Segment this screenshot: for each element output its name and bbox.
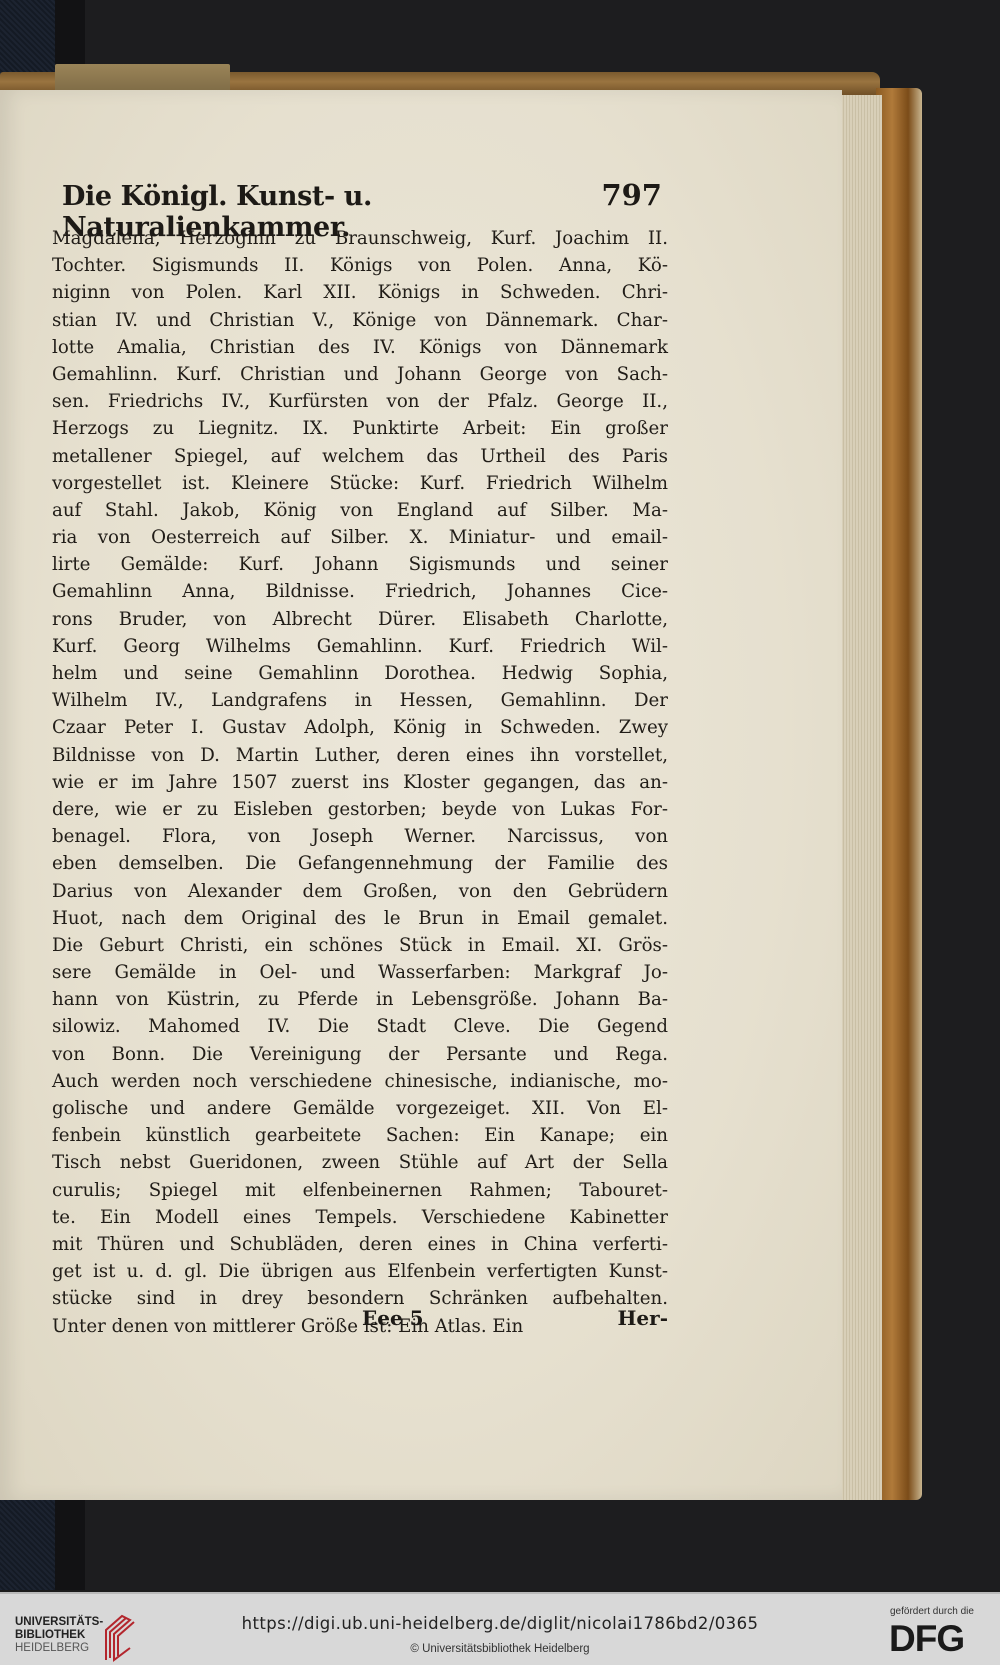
text-line: Darius von Alexander dem Großen, von den…	[52, 878, 668, 905]
text-line: von Bonn. Die Vereinigung der Persante u…	[52, 1041, 668, 1068]
text-line: sen. Friedrichs IV., Kurfürsten von der …	[52, 388, 668, 415]
text-line: eben demselben. Die Gefangennehmung der …	[52, 850, 668, 877]
text-line: ria von Oesterreich auf Silber. X. Minia…	[52, 524, 668, 551]
signature-mark: Eee 5	[362, 1306, 424, 1330]
text-line: Kurf. Georg Wilhelms Gemahlinn. Kurf. Fr…	[52, 633, 668, 660]
book-binding-right-edge	[876, 88, 922, 1500]
text-line: helm und seine Gemahlinn Dorothea. Hedwi…	[52, 660, 668, 687]
text-line: wie er im Jahre 1507 zuerst ins Kloster …	[52, 769, 668, 796]
text-line: Huot, nach dem Original des le Brun in E…	[52, 905, 668, 932]
text-line: stian IV. und Christian V., Könige von D…	[52, 307, 668, 334]
text-line: Auch werden noch verschiedene chinesisch…	[52, 1068, 668, 1095]
text-line: lirte Gemälde: Kurf. Johann Sigismunds u…	[52, 551, 668, 578]
text-line: metallener Spiegel, auf welchem das Urth…	[52, 443, 668, 470]
text-line: Magdalena, Herzoginn zu Braunschweig, Ku…	[52, 225, 668, 252]
text-line: Die Geburt Christi, ein schönes Stück in…	[52, 932, 668, 959]
page-stack-edge	[838, 95, 882, 1500]
text-line: Tisch nebst Gueridonen, zween Stühle auf…	[52, 1149, 668, 1176]
text-line: Wilhelm IV., Landgrafens in Hessen, Gema…	[52, 687, 668, 714]
text-line: mit Thüren und Schubläden, deren eines i…	[52, 1231, 668, 1258]
text-line: benagel. Flora, von Joseph Werner. Narci…	[52, 823, 668, 850]
text-line: rons Bruder, von Albrecht Dürer. Elisabe…	[52, 606, 668, 633]
running-head: Die Königl. Kunst- u. Naturalienkammer. …	[62, 178, 662, 218]
funder-caption: gefördert durch die	[890, 1606, 974, 1617]
page-foot: Eee 5 Her-	[52, 1306, 668, 1336]
text-line: Gemahlinn. Kurf. Christian und Johann Ge…	[52, 361, 668, 388]
text-line: sere Gemälde in Oel- und Wasserfarben: M…	[52, 959, 668, 986]
text-line: vorgestellet ist. Kleinere Stücke: Kurf.…	[52, 470, 668, 497]
text-line: auf Stahl. Jakob, König von England auf …	[52, 497, 668, 524]
text-line: Herzogs zu Liegnitz. IX. Punktirte Arbei…	[52, 415, 668, 442]
book-page: Die Königl. Kunst- u. Naturalienkammer. …	[0, 90, 842, 1500]
viewer-footer: UNIVERSITÄTS- BIBLIOTHEK HEIDELBERG http…	[0, 1592, 1000, 1665]
text-line: curulis; Spiegel mit elfenbeinernen Rahm…	[52, 1177, 668, 1204]
catchword: Her-	[618, 1306, 668, 1330]
page-number: 797	[601, 178, 662, 212]
text-line: te. Ein Modell eines Tempels. Verschiede…	[52, 1204, 668, 1231]
dfg-logo: DFG	[889, 1618, 964, 1660]
text-line: fenbein künstlich gearbeitete Sachen: Ei…	[52, 1122, 668, 1149]
text-line: hann von Küstrin, zu Pferde in Lebensgrö…	[52, 986, 668, 1013]
text-line: Tochter. Sigismunds II. Königs von Polen…	[52, 252, 668, 279]
text-line: get ist u. d. gl. Die übrigen aus Elfenb…	[52, 1258, 668, 1285]
text-line: golische und andere Gemälde vorgezeiget.…	[52, 1095, 668, 1122]
text-line: dere, wie er zu Eisleben gestorben; beyd…	[52, 796, 668, 823]
text-line: Czaar Peter I. Gustav Adolph, König in S…	[52, 714, 668, 741]
text-line: Bildnisse von D. Martin Luther, deren ei…	[52, 742, 668, 769]
permalink-url[interactable]: https://digi.ub.uni-heidelberg.de/diglit…	[0, 1614, 1000, 1633]
text-line: lotte Amalia, Christian des IV. Königs v…	[52, 334, 668, 361]
text-line: niginn von Polen. Karl XII. Königs in Sc…	[52, 279, 668, 306]
copyright-notice: © Universitätsbibliothek Heidelberg	[0, 1643, 1000, 1655]
text-line: silowiz. Mahomed IV. Die Stadt Cleve. Di…	[52, 1013, 668, 1040]
text-line: Gemahlinn Anna, Bildnisse. Friedrich, Jo…	[52, 578, 668, 605]
body-text: Magdalena, Herzoginn zu Braunschweig, Ku…	[52, 225, 668, 1340]
